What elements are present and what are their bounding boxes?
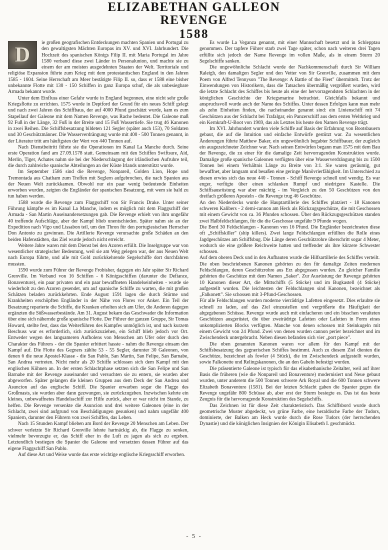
title-line-2: REVENGE (0, 15, 388, 26)
paragraph-left-4: Im September 1586 sind die Revenge, Nonp… (8, 169, 189, 200)
paragraph-left-6: Weitere Jahre waren mit dem Dienst bei d… (8, 243, 189, 268)
title-line-3: 1588 (0, 29, 388, 40)
paragraph-right-4: An den Niederdecks wurde die Hauptartill… (200, 200, 381, 225)
title-line-1: ELIZABETHAN GALLEON (0, 2, 388, 13)
paragraph-right-6: Auf dem oberen Deck und in den Aufbauten… (200, 255, 381, 261)
paragraph-right-10: Die präsentierte Galeone ist typisch für… (200, 366, 381, 403)
paragraph-left-7: 1590 wurde zum Führer der Revenge Frobis… (8, 267, 189, 421)
paragraph-left-8: Nach 15 Stunden Kampf blieben am Bord de… (8, 421, 189, 452)
paragraph-right-8: Für alle Feldschlangen wurden moderne vi… (200, 298, 381, 341)
scanned-document-page: ELIZABETHAN GALLEON REVENGE 1588 Die gro… (0, 0, 388, 550)
paragraph-left-2: Unter dem Einfluss einer Gefahr wurde in… (8, 95, 189, 144)
paragraph-right-7: Die oben beschriebenen Kanonen gehörten … (200, 261, 381, 298)
paragraph-left-3: Nach Dienstbeitritt führte sie die Opera… (8, 145, 189, 170)
right-column: Es wurde La Veganza genannt, mit einer M… (200, 40, 381, 458)
paragraph-right-9: Die oben genannten Kanonen waren vor all… (200, 341, 381, 366)
paragraph-right-3: Im XVI. Jahrhundert wurden viele Schiffe… (200, 126, 381, 200)
ornamental-drop-cap: D (8, 41, 37, 69)
paragraph-left-9: Auf diese Art und Weise wurde das erste … (8, 452, 189, 458)
paragraph-right-5: Die Bord 30 Feldschlangen - Kanonen von … (200, 224, 381, 255)
paragraph-left-5: 1588 wurde die Revenge zum Flaggschiff v… (8, 200, 189, 243)
paragraph-left-1: Die großen geografischen Entdeckungen ma… (8, 40, 189, 95)
paragraph-right-1: Es wurde La Veganza genannt, mit einer M… (200, 40, 381, 65)
paragraph-right-11: Das Zeichnen ist für diese Zeit charakte… (200, 403, 381, 428)
two-column-layout: Die großen geografischen Entdeckungen ma… (0, 40, 388, 458)
document-body: Die großen geografischen Entdeckungen ma… (0, 40, 388, 550)
document-title: ELIZABETHAN GALLEON REVENGE 1588 (0, 2, 388, 40)
left-column: Die großen geografischen Entdeckungen ma… (8, 40, 189, 458)
paragraph-right-2: Die ungewöhnliche Schlacht wurde der Nac… (200, 65, 381, 126)
page-number: - 5 - (0, 533, 388, 540)
